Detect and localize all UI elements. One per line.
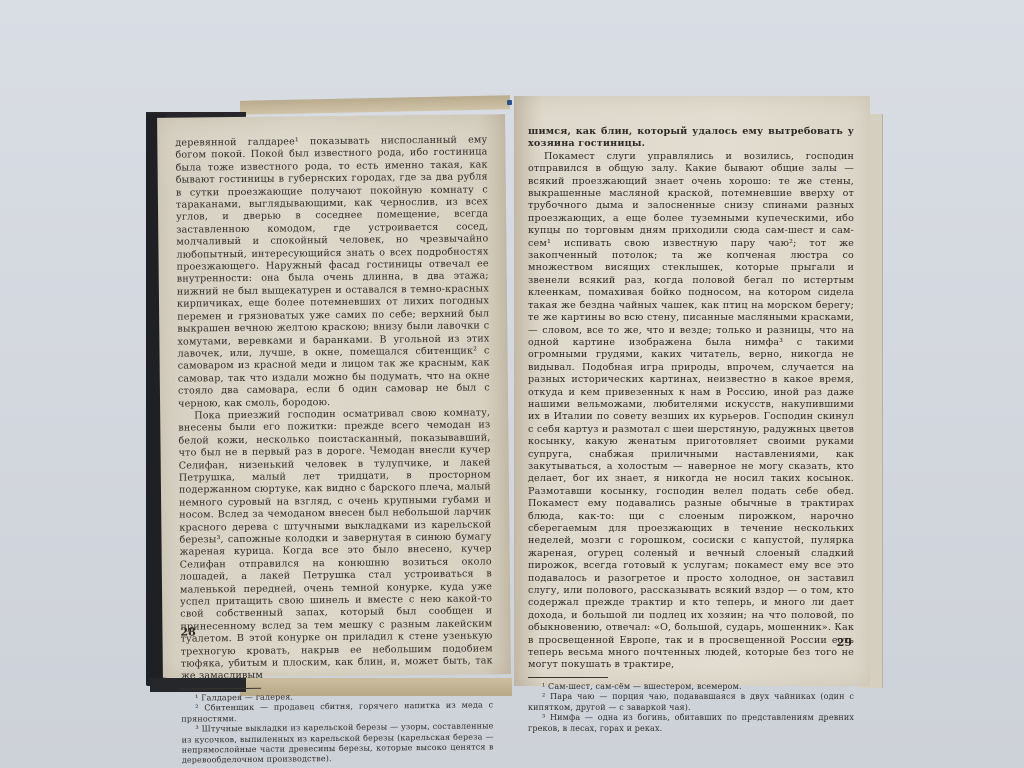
right-page-number: 29 [837,636,852,649]
left-page-number: 28 [180,625,195,638]
right-paragraph-1: шимся, как блин, который удалось ему выт… [528,126,854,151]
page-block-top-edge [240,95,510,115]
left-footnote-3: ³ Штучные выкладки из карельской березы … [181,721,493,766]
left-footnotes: ¹ Галдарея — галерея. ² Сбитенщик — прод… [181,690,494,766]
left-page-body: деревянной галдарее¹ показывать ниспосла… [175,134,494,766]
left-page: деревянной галдарее¹ показывать ниспосла… [157,114,511,678]
footnote-rule [528,677,608,678]
right-paragraph-2: Покамест слуги управлялись и возились, г… [528,151,854,672]
right-page: шимся, как блин, который удалось ему выт… [514,96,870,686]
right-footnotes: ¹ Сам-шест, сам-сём — вшестером, всемеро… [528,682,854,734]
left-paragraph-2: Пока приезжий господин осматривал свою к… [178,407,493,683]
right-footnote-1: ¹ Сам-шест, сам-сём — вшестером, всемеро… [528,682,854,692]
bookmark-thread [507,100,512,105]
left-paragraph-1: деревянной галдарее¹ показывать ниспосла… [175,134,490,410]
footnote-rule [181,688,261,690]
right-footnote-2: ² Пара чаю — порция чаю, подававшаяся в … [528,692,854,713]
right-page-body: шимся, как блин, который удалось ему выт… [528,126,854,734]
right-footnote-3: ³ Нимфа — одна из богинь, обитавших по п… [528,713,854,734]
open-book: деревянной галдарее¹ показывать ниспосла… [0,0,1024,768]
